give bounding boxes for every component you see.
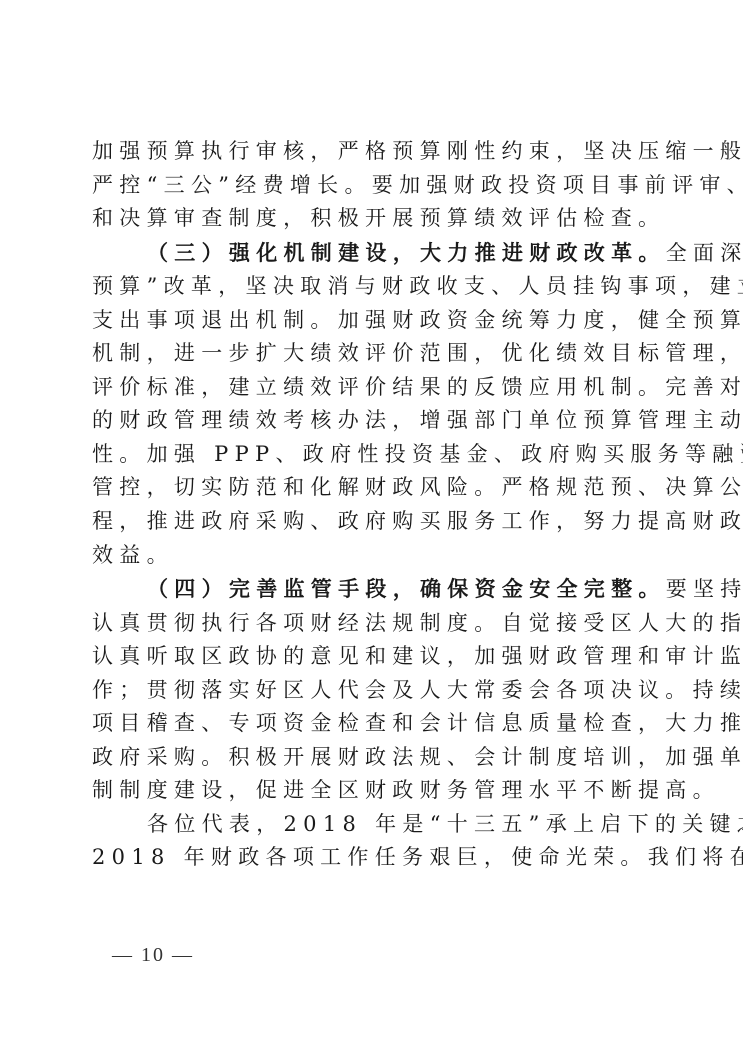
text-line: 机制，进一步扩大绩效评价范围，优化绩效目标管理，细化绩效 <box>92 337 648 371</box>
text-line: 支出事项退出机制。加强财政资金统筹力度，健全预算绩效管理 <box>92 304 648 338</box>
section-four-lead: 要坚持依法理财， <box>666 577 743 601</box>
text-line: 2018 年财政各项工作任务艰巨，使命光荣。我们将在区委的坚强 <box>92 841 648 875</box>
paragraph-budget-execution: 加强预算执行审核，严格预算刚性约束，坚决压缩一般性支出， 严控“三公”经费增长。… <box>92 135 648 236</box>
text-line: 严控“三公”经费增长。要加强财政投资项目事前评审、招投标 <box>92 169 648 203</box>
text-line: 认真贯彻执行各项财经法规制度。自觉接受区人大的指导和监督， <box>92 607 648 641</box>
text-line-first: （四）完善监管手段，确保资金安全完整。要坚持依法理财， <box>92 572 648 607</box>
text-line: 的财政管理绩效考核办法，增强部门单位预算管理主动性和积极 <box>92 404 648 438</box>
page-number: — 10 — <box>112 944 194 967</box>
paragraph-closing: 各位代表，2018 年是“十三五”承上启下的关键之年，完成 2018 年财政各项… <box>92 808 648 875</box>
text-line: 预算”改革，坚决取消与财政收支、人员挂钩事项，建立已完成 <box>92 270 648 304</box>
document-body: 加强预算执行审核，严格预算刚性约束，坚决压缩一般性支出， 严控“三公”经费增长。… <box>92 135 648 875</box>
text-line: 政府采购。积极开展财政法规、会计制度培训，加强单位内部控 <box>92 741 648 775</box>
text-line-first: （三）强化机制建设，大力推进财政改革。全面深化“零基 <box>92 236 648 271</box>
text-line: 作；贯彻落实好区人代会及人大常委会各项决议。持续开展重点 <box>92 674 648 708</box>
section-heading-four: （四）完善监管手段，确保资金安全完整。 <box>147 576 666 601</box>
text-line: 效益。 <box>92 539 648 573</box>
paragraph-section-four: （四）完善监管手段，确保资金安全完整。要坚持依法理财， 认真贯彻执行各项财经法规… <box>92 572 648 808</box>
section-three-lead: 全面深化“零基 <box>666 241 743 265</box>
text-line: 制制度建设，促进全区财政财务管理水平不断提高。 <box>92 774 648 808</box>
text-line: 加强预算执行审核，严格预算刚性约束，坚决压缩一般性支出， <box>92 135 648 169</box>
text-line: 管控，切实防范和化解财政风险。严格规范预、决算公开操作规 <box>92 471 648 505</box>
text-line: 性。加强 PPP、政府性投资基金、政府购买服务等融资渠道风险 <box>92 438 648 472</box>
text-line: 认真听取区政协的意见和建议，加强财政管理和审计监督整改工 <box>92 640 648 674</box>
text-line: 和决算审查制度，积极开展预算绩效评估检查。 <box>92 202 648 236</box>
text-line: 评价标准，建立绩效评价结果的反馈应用机制。完善对部门单位 <box>92 371 648 405</box>
text-line: 项目稽查、专项资金检查和会计信息质量检查，大力推进电子化 <box>92 707 648 741</box>
section-heading-three: （三）强化机制建设，大力推进财政改革。 <box>147 240 666 265</box>
text-line-first: 各位代表，2018 年是“十三五”承上启下的关键之年，完成 <box>92 808 648 842</box>
text-line: 程，推进政府采购、政府购买服务工作，努力提高财政资金使用 <box>92 505 648 539</box>
paragraph-section-three: （三）强化机制建设，大力推进财政改革。全面深化“零基 预算”改革，坚决取消与财政… <box>92 236 648 572</box>
